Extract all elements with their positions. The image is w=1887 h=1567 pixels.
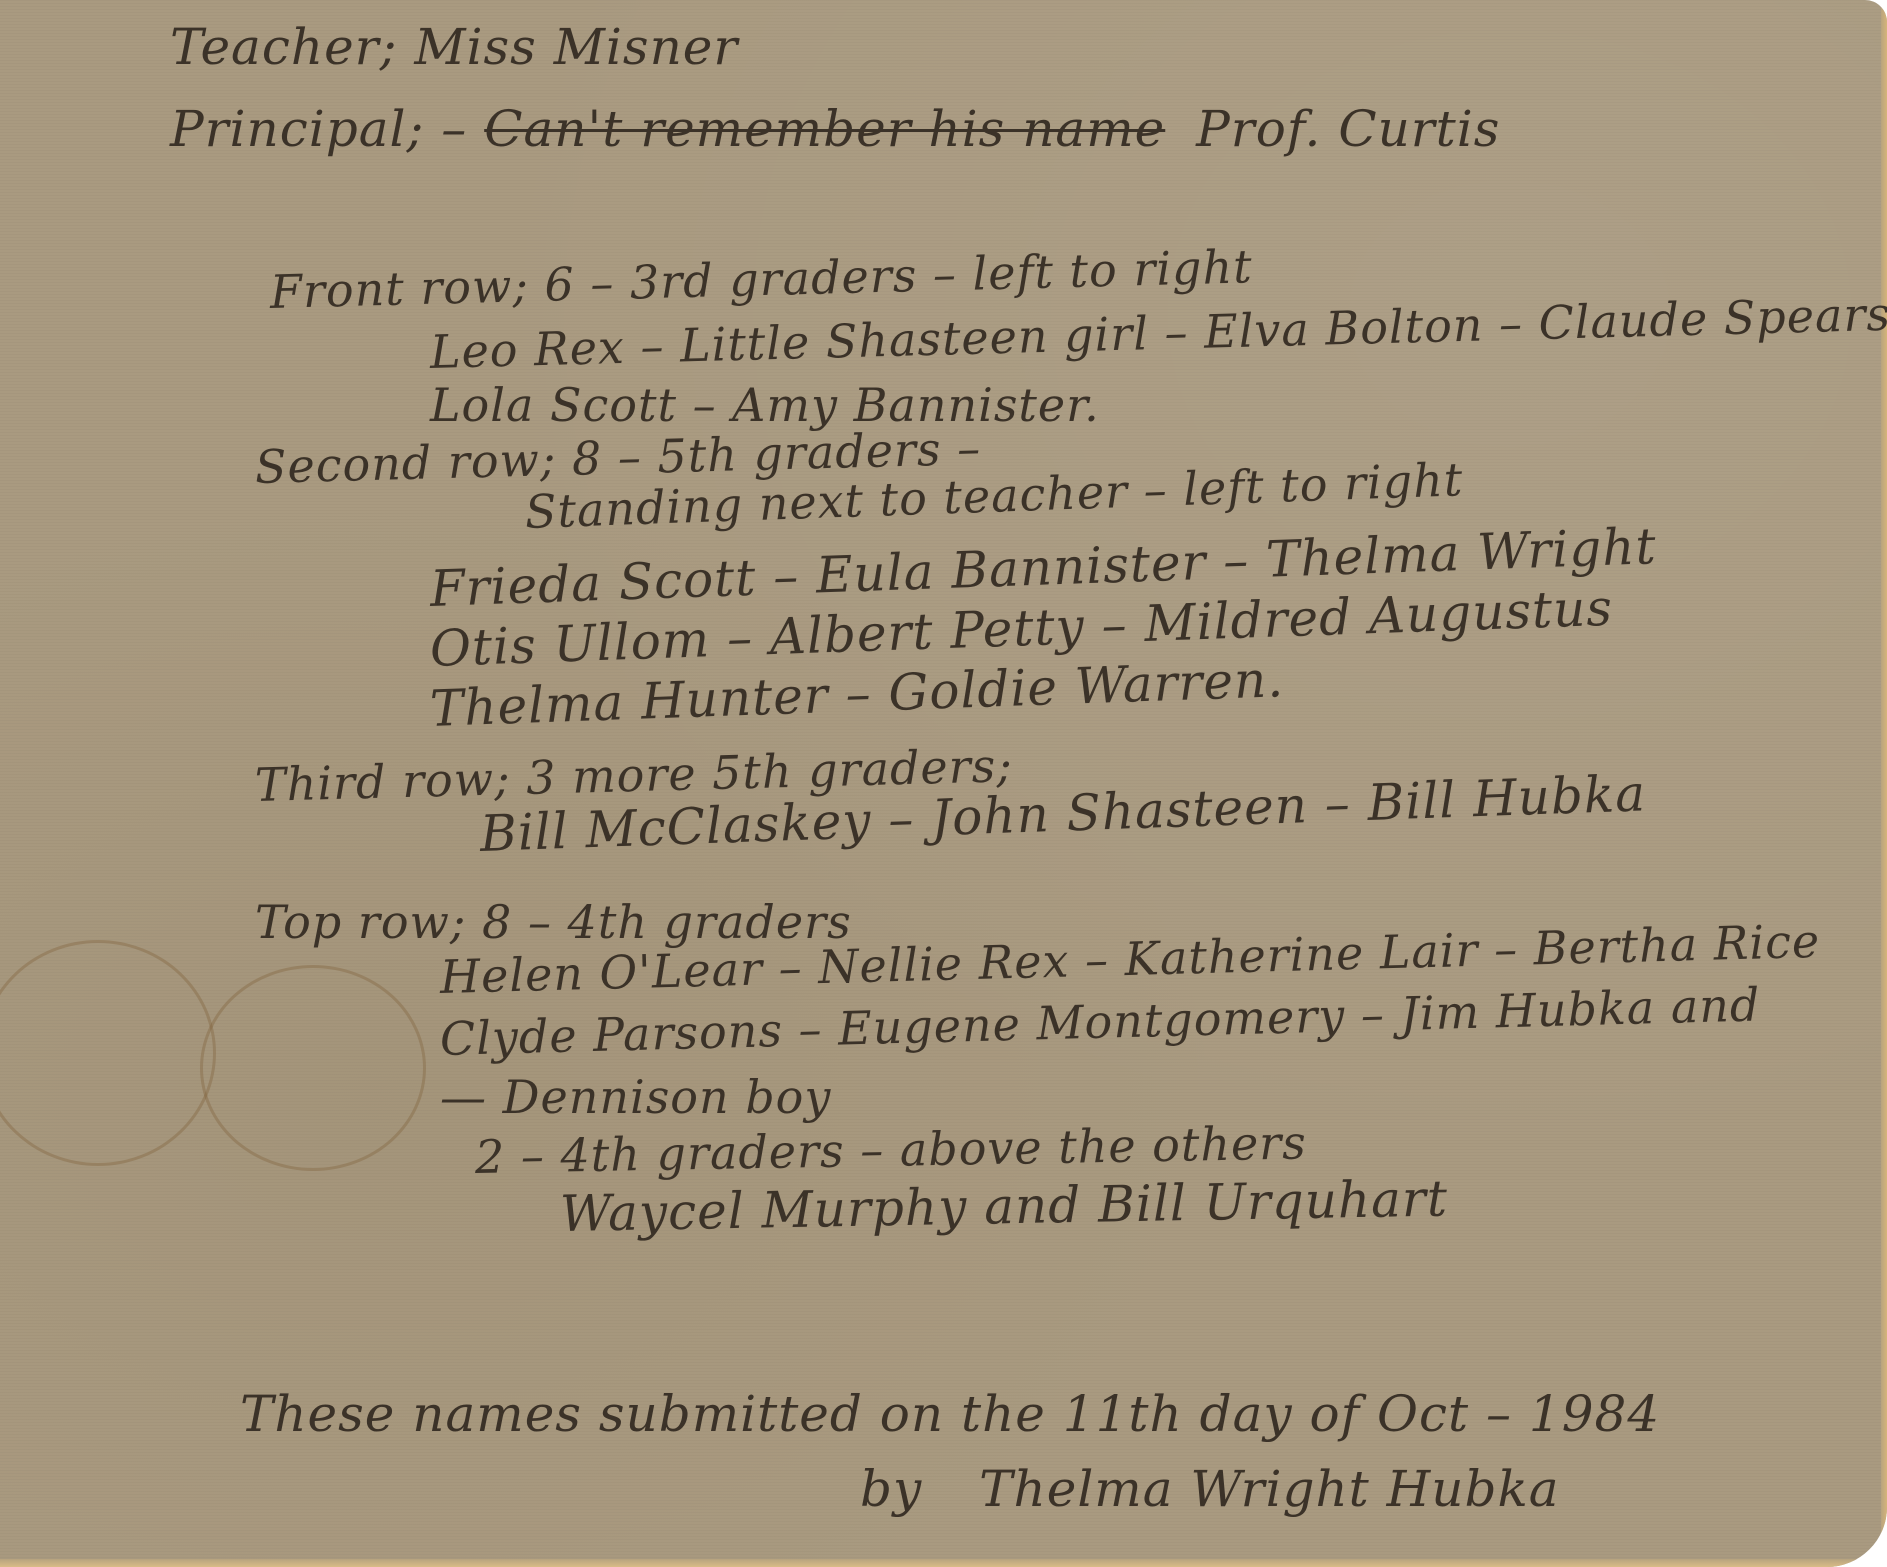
struck-text: Can't remember his name xyxy=(484,100,1165,158)
top-row-extra-names: Waycel Murphy and Bill Urquhart xyxy=(559,1170,1448,1243)
teacher-name: Miss Misner xyxy=(414,18,738,76)
top-row-names-3: — Dennison boy xyxy=(440,1070,831,1124)
principal-name: Prof. Curtis xyxy=(1196,100,1500,158)
teacher-line: Teacher; Miss Misner xyxy=(170,18,738,76)
handwritten-note-page: Teacher; Miss Misner Principal; – Can't … xyxy=(0,0,1887,1567)
front-row-names-2: Lola Scott – Amy Bannister. xyxy=(430,378,1100,432)
signature-line: by Thelma Wright Hubka xyxy=(860,1460,1560,1518)
principal-line: Principal; – Can't remember his name Pro… xyxy=(170,100,1500,158)
paper-edge xyxy=(1881,0,1887,1567)
principal-label: Principal; – xyxy=(170,100,467,158)
submitted-line: These names submitted on the 11th day of… xyxy=(240,1385,1660,1443)
water-stain xyxy=(0,940,216,1166)
paper-edge xyxy=(0,1559,1887,1567)
teacher-label: Teacher; xyxy=(170,18,397,76)
signature: Thelma Wright Hubka xyxy=(979,1460,1559,1518)
water-stain xyxy=(200,965,426,1171)
by-label: by xyxy=(860,1460,922,1518)
